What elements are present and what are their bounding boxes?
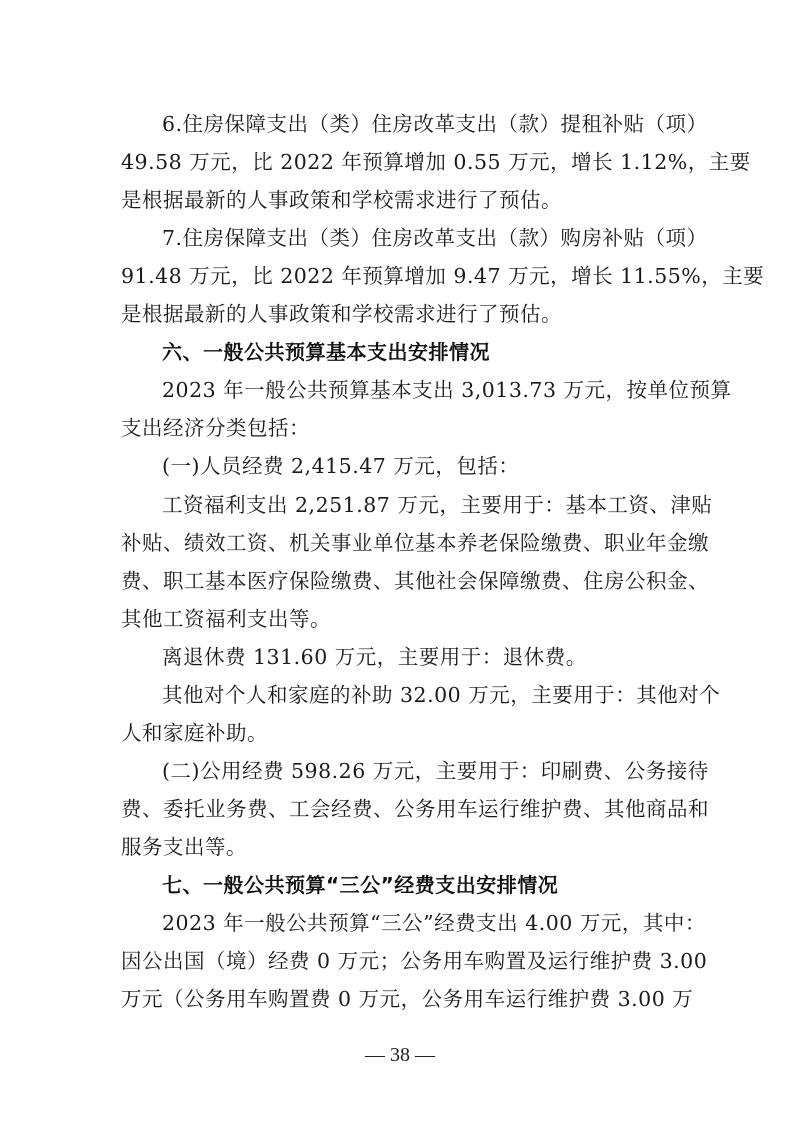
three-public-line-1: 2023 年一般公共预算“三公”经费支出 4.00 万元，其中： (162, 908, 678, 938)
family-subsidy-line-1: 其他对个人和家庭的补助 32.00 万元，主要用于：其他对个 (162, 680, 678, 710)
paragraph-7-line-3: 是根据最新的人事政策和学校需求进行了预估。 (121, 299, 678, 329)
paragraph-6-line-1: 6.住房保障支出（类）住房改革支出（款）提租补贴（项） (162, 109, 678, 139)
public-funds-line-1: (二)公用经费 598.26 万元，主要用于：印刷费、公务接待 (162, 756, 678, 786)
wages-line-4: 其他工资福利支出等。 (121, 604, 678, 634)
basic-expenditure-line-2: 支出经济分类包括： (121, 413, 678, 443)
retirement-line: 离退休费 131.60 万元，主要用于：退休费。 (162, 642, 678, 672)
three-public-line-2: 因公出国（境）经费 0 万元；公务用车购置及运行维护费 3.00 (121, 946, 678, 976)
document-page: 6.住房保障支出（类）住房改革支出（款）提租补贴（项） 49.58 万元，比 2… (0, 0, 800, 1131)
wages-line-1: 工资福利支出 2,251.87 万元，主要用于：基本工资、津贴 (162, 490, 678, 520)
wages-line-3: 费、职工基本医疗保险缴费、其他社会保障缴费、住房公积金、 (121, 566, 678, 596)
paragraph-7-line-1: 7.住房保障支出（类）住房改革支出（款）购房补贴（项） (162, 223, 678, 253)
paragraph-6-line-3: 是根据最新的人事政策和学校需求进行了预估。 (121, 185, 678, 215)
personnel-expense-line: (一)人员经费 2,415.47 万元，包括： (162, 451, 678, 481)
section-heading-6: 六、一般公共预算基本支出安排情况 (162, 337, 678, 367)
three-public-line-3: 万元（公务用车购置费 0 万元，公务用车运行维护费 3.00 万 (121, 984, 678, 1014)
paragraph-7-line-2: 91.48 万元，比 2022 年预算增加 9.47 万元，增长 11.55%，… (121, 261, 678, 291)
page-number: — 38 — (0, 1044, 800, 1067)
public-funds-line-2: 费、委托业务费、工会经费、公务用车运行维护费、其他商品和 (121, 794, 678, 824)
public-funds-line-3: 服务支出等。 (121, 832, 678, 862)
section-heading-7: 七、一般公共预算“三公”经费支出安排情况 (162, 870, 678, 900)
wages-line-2: 补贴、绩效工资、机关事业单位基本养老保险缴费、职业年金缴 (121, 528, 678, 558)
basic-expenditure-line-1: 2023 年一般公共预算基本支出 3,013.73 万元，按单位预算 (162, 375, 678, 405)
family-subsidy-line-2: 人和家庭补助。 (121, 718, 678, 748)
paragraph-6-line-2: 49.58 万元，比 2022 年预算增加 0.55 万元，增长 1.12%，主… (121, 147, 678, 177)
